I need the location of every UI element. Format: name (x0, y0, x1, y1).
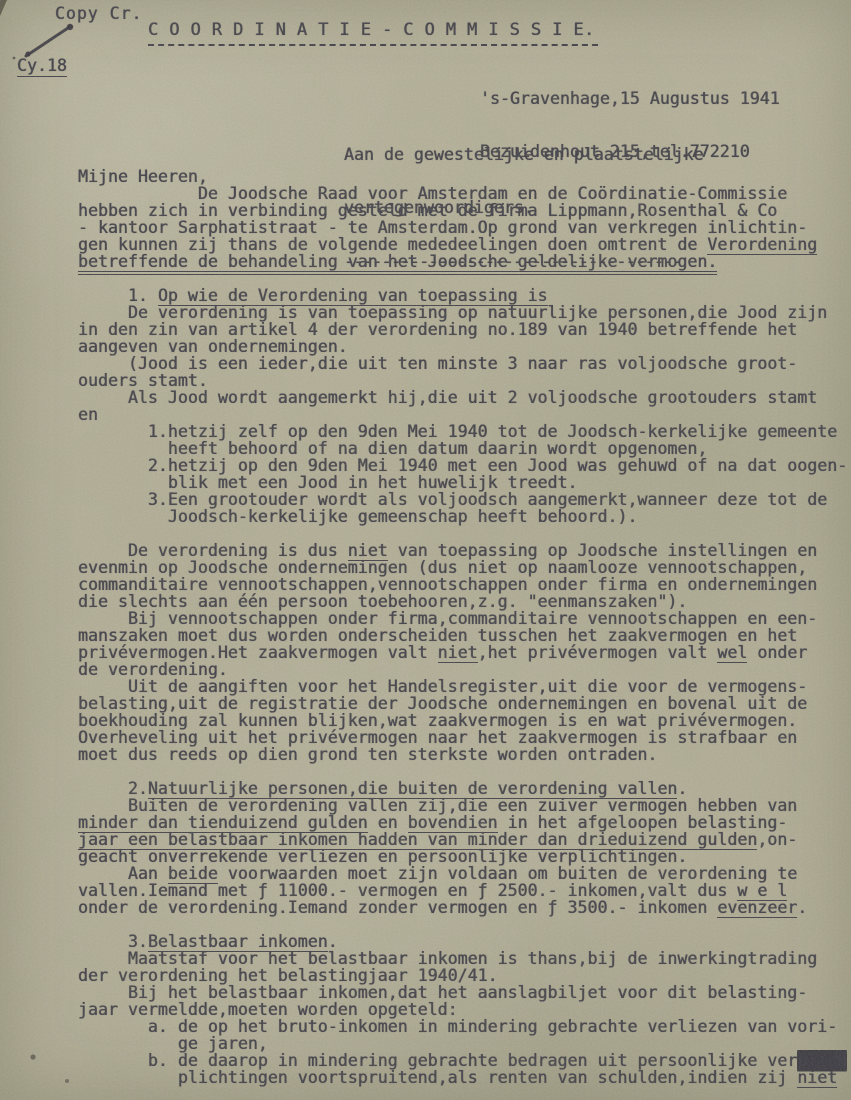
document-line: ouders stamt. (78, 372, 847, 389)
document-line: boekhouding zal kunnen blijken,wat zaakv… (78, 712, 847, 729)
document-line: vallen.Iemand met ƒ 11000.- vermogen en … (78, 882, 847, 899)
underlined-text: betreffende de behandeling van het Joods… (78, 252, 717, 275)
underlined-text: evenzeer (717, 898, 797, 918)
document-line: Bij vennootschappen onder firma,commandi… (78, 610, 847, 627)
document-line: a. de op het bruto-inkomen in mindering … (78, 1018, 847, 1035)
document-line (78, 525, 847, 542)
document-line: manszaken moet dus worden onderscheiden … (78, 627, 847, 644)
document-line: Maatstaf voor het belastbaar inkomen is … (78, 950, 847, 967)
document-line: hebben zich in verbinding gesteld met de… (78, 202, 847, 219)
document-line: commanditaire vennootschappen,vennootsch… (78, 576, 847, 593)
document-line: en (78, 406, 847, 423)
document-line: gen kunnen zij thans de volgende mededee… (78, 236, 847, 253)
underlined-text: Verordening (707, 235, 817, 255)
document-line: 1.hetzij zelf op den 9den Mei 1940 tot d… (78, 423, 847, 440)
document-line: - kantoor Sarphatistraat - te Amsterdam.… (78, 219, 847, 236)
document-line: Uit de aangiften voor het Handelsregiste… (78, 678, 847, 695)
text-segment: . (797, 898, 807, 917)
text-segment: onder (747, 643, 807, 662)
place-date-line: 's-Gravenhage,15 Augustus 1941 (480, 90, 780, 108)
document-line: privévermogen.Het zaakvermogen valt niet… (78, 644, 847, 661)
text-segment: ,het privévermogen valt (478, 643, 718, 662)
document-line: Mijne Heeren, (78, 168, 847, 185)
document-line: blik met een Jood in het huwelijk treedt… (78, 474, 847, 491)
document-line: jaar een belastbaar inkomen hadden van m… (78, 831, 847, 848)
text-segment: onder de verordening.Iemand zonder vermo… (78, 898, 717, 917)
document-line: Aan beide voorwaarden moet zijn voldaan … (78, 865, 847, 882)
document-line: b. de daarop in mindering gebrachte bedr… (78, 1052, 847, 1069)
document-line: moet dus reeds op dien grond ten sterkst… (78, 746, 847, 763)
text-segment: Als Jood wordt aangemerkt hij,die uit 2 … (78, 388, 817, 407)
document-line: onder de verordening.Iemand zonder vermo… (78, 899, 847, 916)
document-line: (Jood is een ieder,die uit ten minste 3 … (78, 355, 847, 372)
copy-annotation: Copy Cr. (55, 4, 142, 23)
text-segment: plichtingen voortspruitend,als renten va… (78, 1068, 797, 1087)
document-line: der verordening het belastingjaar 1940/4… (78, 967, 847, 984)
copy-number: Cy.18 (17, 56, 67, 77)
document-line: 1. Op wie de Verordening van toepassing … (78, 287, 847, 304)
document-line: belasting,uit de registratie der Joodsch… (78, 695, 847, 712)
document-line (78, 916, 847, 933)
document-line: aangeven van ondernemingen. (78, 338, 847, 355)
document-line: De verordening is van toepassing op natu… (78, 304, 847, 321)
document-line: geacht onverrekende verliezen en persoon… (78, 848, 847, 865)
document-line: de verordening. (78, 661, 847, 678)
document-line: Als Jood wordt aangemerkt hij,die uit 2 … (78, 389, 847, 406)
document-line: Buiten de verordening vallen zij,die een… (78, 797, 847, 814)
document-line: 2.Natuurlijke personen,die buiten de ver… (78, 780, 847, 797)
document-line: jaar vermeldde,moeten worden opgeteld: (78, 1001, 847, 1018)
recipient-line-1: Aan de gewestelijke en plaatstelijke (344, 146, 704, 164)
document-title: C O O R D I N A T I E - C O M M I S S I … (148, 20, 598, 46)
document-line: Joodsch-kerkelijke gemeenschap heeft beh… (78, 508, 847, 525)
document-line: De Joodsche Raad voor Amsterdam en de Co… (78, 185, 847, 202)
document-line: die slechts aan één persoon toebehooren,… (78, 593, 847, 610)
document-line: 3.Belastbaar inkomen. (78, 933, 847, 950)
document-line: Bij het belastbaar inkomen,dat het aansl… (78, 984, 847, 1001)
document-line: evenmin op Joodsche ondernemingen (dus n… (78, 559, 847, 576)
document-line: betreffende de behandeling van het Joods… (78, 253, 847, 270)
document-line: 3.Een grootouder wordt als voljoodsch aa… (78, 491, 847, 508)
text-segment: Joodsch-kerkelijke gemeenschap heeft beh… (78, 507, 637, 526)
document-page: Copy Cr. C O O R D I N A T I E - C O M M… (0, 0, 851, 1100)
underlined-text: niet (438, 643, 478, 663)
document-line: heeft behoord of na dien datum daarin wo… (78, 440, 847, 457)
document-line: minder dan tienduizend gulden en bovendi… (78, 814, 847, 831)
document-line: ge jaren, (78, 1035, 847, 1052)
corner-smudge (0, 0, 7, 16)
text-segment: ,on- (757, 830, 797, 849)
underlined-text: niet (797, 1068, 837, 1088)
ink-speck (30, 1054, 35, 1059)
document-line: 2.hetzij op den 9den Mei 1940 met een Jo… (78, 457, 847, 474)
document-line: Overheveling uit het privévermogen naar … (78, 729, 847, 746)
underlined-text: wel (717, 643, 747, 663)
ink-speck (65, 1079, 69, 1083)
document-line: in den zin van artikel 4 der verordening… (78, 321, 847, 338)
document-line: plichtingen voortspruitend,als renten va… (78, 1069, 847, 1086)
letter-body: Mijne Heeren, De Joodsche Raad voor Amst… (78, 168, 847, 1086)
document-line: De verordening is dus niet van toepassin… (78, 542, 847, 559)
text-segment: moet dus reeds op dien grond ten sterkst… (78, 745, 657, 764)
document-line (78, 763, 847, 780)
